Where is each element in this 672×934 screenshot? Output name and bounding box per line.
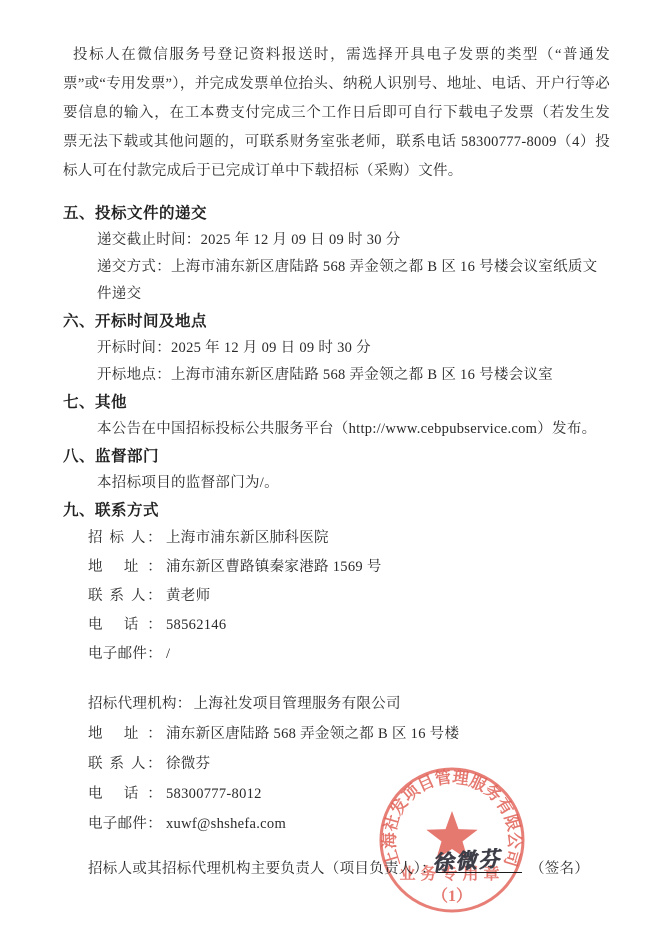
- section-line: 递交截止时间：2025 年 12 月 09 日 09 时 30 分: [63, 227, 610, 254]
- row-label: 联 系 人：: [88, 582, 162, 611]
- contact-row: 地 址： 浦东新区曹路镇秦家港路 1569 号: [63, 553, 610, 582]
- section-supervision: 八、监督部门 本招标项目的监督部门为/。: [63, 443, 610, 497]
- contact-row: 招标代理机构： 上海社发项目管理服务有限公司: [63, 689, 610, 719]
- tenderer-contact-block: 招 标 人： 上海市浦东新区肺科医院 地 址： 浦东新区曹路镇秦家港路 1569…: [63, 524, 610, 669]
- company-stamp: 上海社发项目管理服务有限公司 业务专用章 （1）: [374, 762, 530, 918]
- section-line: 本招标项目的监督部门为/。: [63, 470, 610, 497]
- row-value: xuwf@shshefa.com: [166, 809, 286, 839]
- section-heading: 九、联系方式: [63, 497, 610, 524]
- section-line: 开标时间：2025 年 12 月 09 日 09 时 30 分: [63, 335, 610, 362]
- contact-row: 电子邮件： /: [63, 640, 610, 669]
- footer-suffix: （签名）: [530, 861, 589, 877]
- section-contact: 九、联系方式: [63, 497, 610, 524]
- section-heading: 七、其他: [63, 389, 610, 416]
- section-heading: 五、投标文件的递交: [63, 200, 610, 227]
- intro-paragraph: 投标人在微信服务号登记资料报送时，需选择开具电子发票的类型（“普通发票”或“专用…: [63, 41, 610, 186]
- row-value: 上海市浦东新区肺科医院: [166, 524, 329, 553]
- row-label: 招标代理机构：: [88, 689, 192, 719]
- section-bid-opening: 六、开标时间及地点 开标时间：2025 年 12 月 09 日 09 时 30 …: [63, 308, 610, 389]
- row-value: 黄老师: [166, 582, 210, 611]
- row-value: 58562146: [166, 611, 226, 640]
- row-value: 徐微芬: [166, 749, 210, 779]
- contact-row: 招 标 人： 上海市浦东新区肺科医院: [63, 524, 610, 553]
- row-label: 电 话：: [88, 611, 162, 640]
- row-label: 电 话：: [88, 779, 162, 809]
- handwritten-signature: 徐微芬: [431, 843, 502, 878]
- contact-row: 电 话： 58562146: [63, 611, 610, 640]
- section-heading: 八、监督部门: [63, 443, 610, 470]
- section-line: 本公告在中国招标投标公共服务平台（http://www.cebpubservic…: [63, 416, 610, 443]
- contact-row: 地 址： 浦东新区唐陆路 568 弄金领之都 B 区 16 号楼: [63, 719, 610, 749]
- row-label: 联 系 人：: [88, 749, 162, 779]
- contact-row: 联 系 人： 黄老师: [63, 582, 610, 611]
- scanned-tender-document-page: 投标人在微信服务号登记资料报送时，需选择开具电子发票的类型（“普通发票”或“专用…: [0, 0, 672, 934]
- section-other: 七、其他 本公告在中国招标投标公共服务平台（http://www.cebpubs…: [63, 389, 610, 443]
- section-heading: 六、开标时间及地点: [63, 308, 610, 335]
- row-value: 浦东新区唐陆路 568 弄金领之都 B 区 16 号楼: [166, 719, 459, 749]
- row-value: 上海社发项目管理服务有限公司: [194, 689, 401, 719]
- row-value: /: [166, 640, 170, 669]
- responsible-person-signature-line: 招标人或其招标代理机构主要负责人（项目负责人）：（签名）: [88, 858, 589, 880]
- footer-prefix: 招标人或其招标代理机构主要负责人（项目负责人）：: [88, 861, 436, 877]
- row-value: 58300777-8012: [166, 779, 262, 809]
- row-label: 电子邮件：: [88, 640, 162, 669]
- row-label: 招 标 人：: [88, 524, 162, 553]
- document-content: 投标人在微信服务号登记资料报送时，需选择开具电子发票的类型（“普通发票”或“专用…: [0, 0, 672, 839]
- section-line: 递交方式：上海市浦东新区唐陆路 568 弄金领之都 B 区 16 号楼会议室纸质…: [63, 254, 610, 308]
- row-label: 地 址：: [88, 553, 162, 582]
- section-line: 开标地点：上海市浦东新区唐陆路 568 弄金领之都 B 区 16 号楼会议室: [63, 362, 610, 389]
- section-submission: 五、投标文件的递交 递交截止时间：2025 年 12 月 09 日 09 时 3…: [63, 200, 610, 308]
- row-label: 电子邮件：: [88, 809, 162, 839]
- row-value: 浦东新区曹路镇秦家港路 1569 号: [166, 553, 382, 582]
- row-label: 地 址：: [88, 719, 162, 749]
- stamp-number-text: （1）: [432, 887, 472, 905]
